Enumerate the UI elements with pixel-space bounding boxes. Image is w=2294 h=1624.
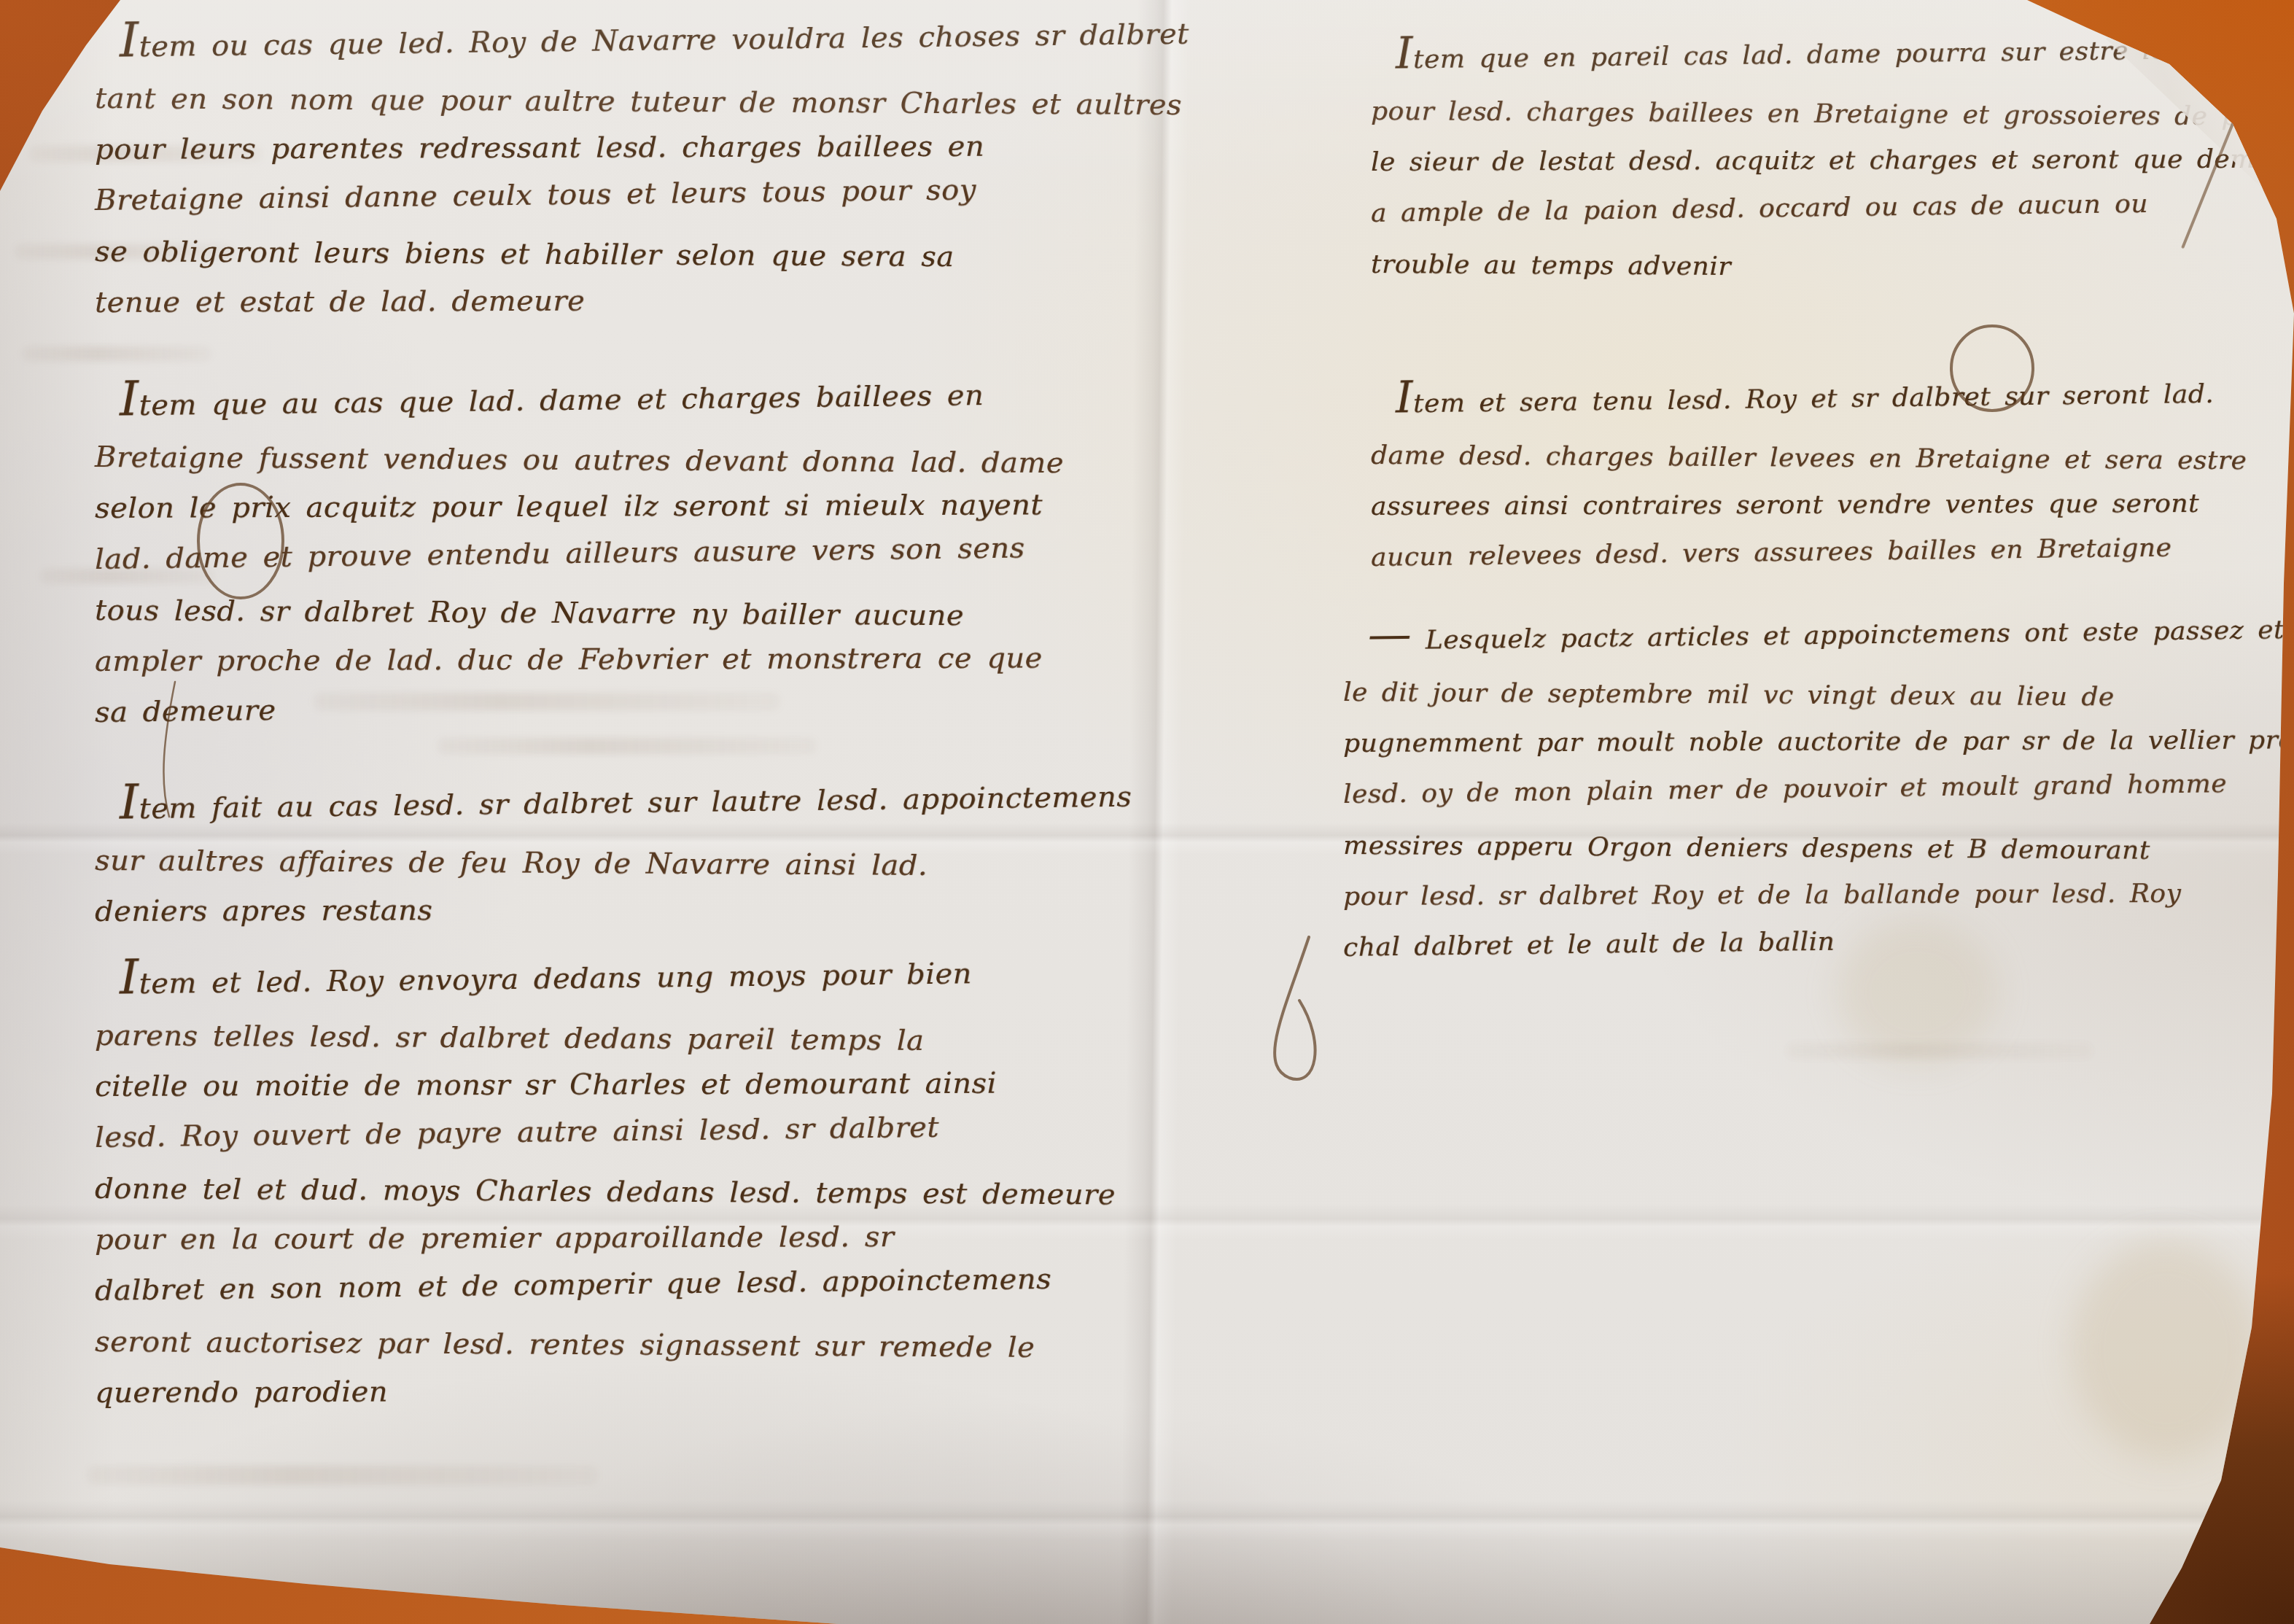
handwritten-line: deniers apres restans [95, 882, 1138, 937]
handwritten-line: Item et sera tenu lesd. Roy et sr dalbre… [1371, 368, 2276, 430]
handwritten-line: querendo parodien [95, 1364, 1138, 1418]
paragraph: Item et led. Roy envoyra dedans ung moys… [95, 959, 1138, 1418]
handwritten-line: Item et led. Roy envoyra dedans ung moys… [95, 947, 1138, 1010]
manuscript-sheet: Item ou cas que led. Roy de Navarre voul… [0, 0, 2294, 1624]
handwritten-line: — Lesquelz pactz articles et appoincteme… [1343, 605, 2276, 667]
paragraph: Item ou cas que led. Roy de Navarre voul… [95, 22, 1138, 328]
paragraph: — Lesquelz pactz articles et appoincteme… [1343, 616, 2275, 974]
handwritten-line: Item fait au cas lesd. sr dalbret sur la… [95, 772, 1138, 835]
paragraph: Item que au cas que lad. dame et charges… [95, 381, 1138, 738]
handwritten-line: Item que au cas que lad. dame et charges… [95, 368, 1138, 432]
handwritten-line: chal dalbret et le ault de la ballin [1343, 911, 2276, 974]
paper-stain [2071, 1240, 2260, 1458]
handwritten-line: tenue et estat de lad. demeure [95, 273, 1138, 328]
paragraph: Item fait au cas lesd. sr dalbret sur la… [95, 784, 1138, 937]
handwritten-line: Item ou cas que led. Roy de Navarre voul… [95, 9, 1138, 73]
bleedthrough-mark [88, 1466, 598, 1485]
handwritten-line: aucun relevees desd. vers assurees baill… [1371, 521, 2276, 583]
horizontal-crease [0, 1501, 2294, 1540]
paragraph: Item et sera tenu lesd. Roy et sr dalbre… [1371, 379, 2275, 583]
page-left: Item ou cas que led. Roy de Navarre voul… [95, 22, 1138, 1418]
page-right: Item que en pareil cas lad. dame pourra … [1371, 35, 2275, 974]
handwritten-line: trouble au temps advenir [1371, 239, 2275, 296]
photograph: Item ou cas que led. Roy de Navarre voul… [0, 0, 2294, 1624]
paragraph: Item que en pareil cas lad. dame pourra … [1371, 35, 2275, 290]
handwritten-line: lesd. oy de mon plain mer de pouvoir et … [1343, 758, 2276, 820]
handwritten-line: a ample de la paion desd. occard ou cas … [1371, 177, 2276, 239]
